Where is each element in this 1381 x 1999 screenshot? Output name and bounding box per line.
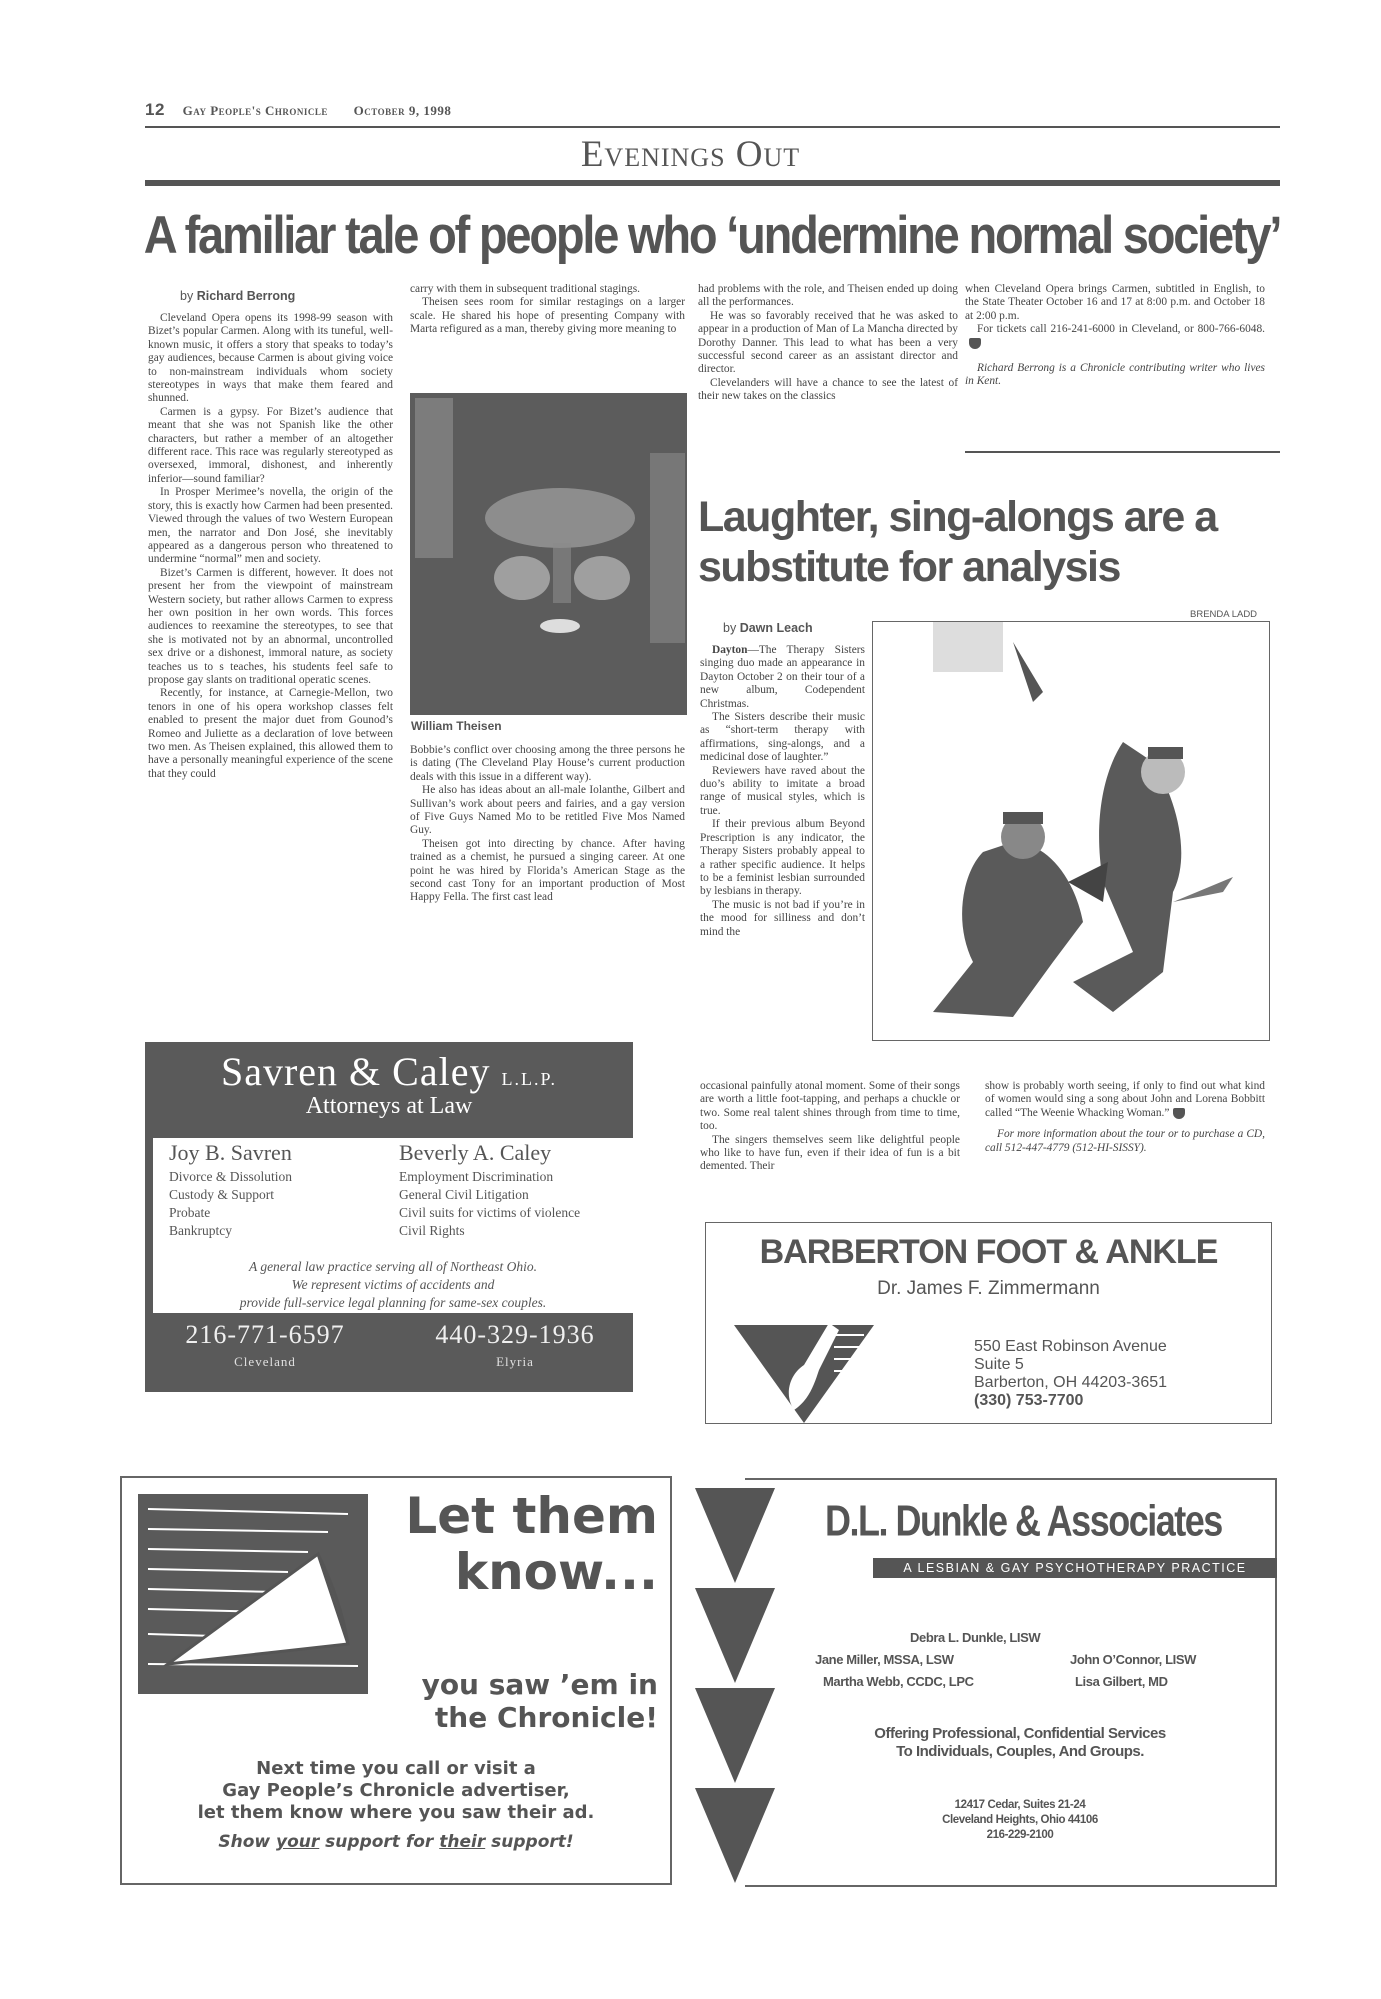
slogan-text: Show <box>218 1832 276 1852</box>
ad-header: Savren & Caley L.L.P. Attorneys at Law <box>145 1042 633 1120</box>
ad-tagline: A general law practice serving all of No… <box>153 1258 633 1312</box>
paragraph: Reviewers have raved about the duo’s abi… <box>700 765 865 819</box>
section-rule <box>145 180 1280 186</box>
address-line: 550 East Robinson Avenue <box>974 1338 1167 1356</box>
paragraph: The singers themselves seem like delight… <box>700 1134 960 1174</box>
issue-date: October 9, 1998 <box>354 103 452 118</box>
practice-area: Probate <box>169 1204 292 1222</box>
dateline: Dayton <box>712 644 747 656</box>
page-number: 12 <box>145 100 165 119</box>
paragraph: Bizet’s Carmen is different, however. It… <box>148 567 393 688</box>
author-bio: Richard Berrong is a Chronicle contribut… <box>965 362 1265 389</box>
staff-member: John O’Connor, LISW <box>1070 1652 1196 1667</box>
city-elyria: Elyria <box>405 1354 625 1370</box>
attorney-left: Joy B. Savren Divorce & Dissolution Cust… <box>169 1144 292 1240</box>
byline-author: Dawn Leach <box>740 621 813 635</box>
ticket-info: For tickets call 216-241-6000 in Clevela… <box>977 323 1265 335</box>
article1-headline: A familiar tale of people who ‘undermine… <box>142 204 1282 266</box>
offer-line: Offering Professional, Confidential Serv… <box>805 1725 1235 1743</box>
attorney-name: Joy B. Savren <box>169 1144 292 1162</box>
headline-line: know... <box>405 1544 658 1600</box>
ad-message: Next time you call or visit a Gay People… <box>122 1758 670 1824</box>
staff-lead: Debra L. Dunkle, LISW <box>910 1630 1040 1645</box>
practice-area: Employment Discrimination <box>399 1168 580 1186</box>
tagline-line: A general law practice serving all of No… <box>153 1258 633 1276</box>
address-line: Suite 5 <box>974 1356 1167 1374</box>
slogan-text: support! <box>485 1832 573 1852</box>
byline-prefix: by <box>180 289 193 303</box>
headline-line: Let them <box>405 1488 658 1544</box>
performers-image <box>873 622 1269 1040</box>
photo-william-theisen <box>410 393 687 715</box>
practice-area: Bankruptcy <box>169 1222 292 1240</box>
paragraph: Recently, for instance, at Carnegie-Mell… <box>148 687 393 781</box>
phone-elyria: 440-329-1936 <box>405 1320 625 1350</box>
address-block: 12417 Cedar, Suites 21-24 Cleveland Heig… <box>805 1798 1235 1843</box>
headline-line: substitute for analysis <box>698 542 1278 592</box>
address-line: Cleveland Heights, Ohio 44106 <box>805 1813 1235 1828</box>
paragraph: when Cleveland Opera brings Carmen, subt… <box>965 283 1265 323</box>
paragraph: The music is not bad if you’re in the mo… <box>700 899 865 939</box>
article2-byline: by Dawn Leach <box>723 621 813 635</box>
photo-credit: BRENDA LADD <box>1190 609 1257 620</box>
subheadline-line: the Chronicle! <box>422 1701 658 1734</box>
column-rule <box>965 451 1280 453</box>
end-mark-icon <box>1173 1108 1185 1119</box>
ad-headline: Let them know... <box>405 1488 658 1600</box>
ad-barberton-foot-ankle: BARBERTON FOOT & ANKLE Dr. James F. Zimm… <box>705 1222 1272 1424</box>
attorney-name: Beverly A. Caley <box>399 1144 580 1162</box>
doctor-name: Dr. James F. Zimmermann <box>706 1278 1271 1300</box>
end-mark-icon <box>969 338 981 349</box>
article1-byline: by Richard Berrong <box>180 289 295 303</box>
services-offer: Offering Professional, Confidential Serv… <box>805 1725 1235 1761</box>
article1-column-1: Cleveland Opera opens its 1998-99 season… <box>148 312 393 781</box>
firm-name: Savren & Caley L.L.P. <box>145 1042 633 1095</box>
address-block: 550 East Robinson Avenue Suite 5 Barbert… <box>974 1338 1167 1410</box>
ad-title: BARBERTON FOOT & ANKLE <box>706 1233 1271 1272</box>
paragraph: Theisen got into directing by chance. Af… <box>410 838 685 905</box>
paragraph: Carmen is a gypsy. For Bizet’s audience … <box>148 406 393 486</box>
ad-tagline-bar: A LESBIAN & GAY PSYCHOTHERAPY PRACTICE <box>873 1558 1277 1578</box>
paragraph: carry with them in subsequent traditiona… <box>410 283 685 296</box>
address-line: Barberton, OH 44203-3651 <box>974 1374 1167 1392</box>
headline-line: Laughter, sing-alongs are a <box>698 492 1278 542</box>
practice-area: General Civil Litigation <box>399 1186 580 1204</box>
offer-line: To Individuals, Couples, And Groups. <box>805 1743 1235 1761</box>
photo-therapy-sisters <box>872 621 1270 1041</box>
paragraph: show is probably worth seeing, if only t… <box>985 1080 1265 1120</box>
message-line: let them know where you saw their ad. <box>122 1802 670 1824</box>
byline-prefix: by <box>723 621 736 635</box>
article2-column-1-wide: occasional painfully atonal moment. Some… <box>700 1080 960 1174</box>
ad-subheadline: you saw ’em in the Chronicle! <box>422 1668 658 1734</box>
phone-number: 216-229-2100 <box>805 1828 1235 1843</box>
paragraph: Bobbie’s conflict over choosing among th… <box>410 744 685 784</box>
subheadline-line: you saw ’em in <box>422 1668 658 1701</box>
paragraph: occasional painfully atonal moment. Some… <box>700 1080 960 1134</box>
info-note: For more information about the tour or t… <box>985 1128 1265 1155</box>
staff-member: Martha Webb, CCDC, LPC <box>823 1674 974 1689</box>
ad-body: Joy B. Savren Divorce & Dissolution Cust… <box>153 1138 633 1313</box>
masthead-rule <box>145 126 1280 128</box>
phone-number: (330) 753-7700 <box>974 1392 1167 1410</box>
article1-column-2-bottom: Bobbie’s conflict over choosing among th… <box>410 744 685 905</box>
paragraph: Cleveland Opera opens its 1998-99 season… <box>148 312 393 406</box>
article2-column-2: show is probably worth seeing, if only t… <box>985 1080 1265 1155</box>
phone-cleveland: 216-771-6597 <box>155 1320 375 1350</box>
firm-suffix: L.L.P. <box>501 1069 557 1089</box>
slogan-text: support for <box>319 1832 439 1852</box>
practice-area: Civil suits for victims of violence <box>399 1204 580 1222</box>
paragraph: had problems with the role, and Theisen … <box>698 283 958 310</box>
paragraph: He was so favorably received that he was… <box>698 310 958 377</box>
city-cleveland: Cleveland <box>155 1354 375 1370</box>
paragraph: Clevelanders will have a chance to see t… <box>698 377 958 404</box>
paragraph: In Prosper Merimee’s novella, the origin… <box>148 486 393 566</box>
closing-text: show is probably worth seeing, if only t… <box>985 1080 1265 1119</box>
paragraph: The Sisters describe their music as “sho… <box>700 711 865 765</box>
tagline-line: provide full-service legal planning for … <box>153 1294 633 1312</box>
paragraph: Dayton—The Therapy Sisters singing duo m… <box>700 644 865 711</box>
staff-member: Lisa Gilbert, MD <box>1075 1674 1168 1689</box>
section-title: Evenings Out <box>0 133 1381 176</box>
article2-column-1: Dayton—The Therapy Sisters singing duo m… <box>700 644 865 939</box>
slogan-emphasis: your <box>276 1832 319 1852</box>
ad-savren-caley: Savren & Caley L.L.P. Attorneys at Law J… <box>145 1042 633 1392</box>
article1-column-4: when Cleveland Opera brings Carmen, subt… <box>965 283 1265 389</box>
slogan-emphasis: their <box>439 1832 485 1852</box>
practice-area: Civil Rights <box>399 1222 580 1240</box>
staff-member: Jane Miller, MSSA, LSW <box>815 1652 954 1667</box>
paragraph: For tickets call 216-241-6000 in Clevela… <box>965 323 1265 350</box>
article1-column-2-top: carry with them in subsequent traditiona… <box>410 283 685 337</box>
ad-dunkle-associates: D.L. Dunkle & Associates A LESBIAN & GAY… <box>745 1478 1277 1887</box>
ad-let-them-know: Let them know... you saw ’em in the Chro… <box>120 1476 672 1885</box>
paragraph: He also has ideas about an all-male Iola… <box>410 784 685 838</box>
practice-area: Custody & Support <box>169 1186 292 1204</box>
firm-title: Savren & Caley <box>221 1049 491 1094</box>
address-line: 12417 Cedar, Suites 21-24 <box>805 1798 1235 1813</box>
ad-title: D.L. Dunkle & Associates <box>825 1496 1222 1546</box>
masthead: 12 Gay People's Chronicle October 9, 199… <box>145 100 473 120</box>
paragraph: Theisen sees room for similar restagings… <box>410 296 685 336</box>
article2-headline: Laughter, sing-alongs are a substitute f… <box>698 492 1278 592</box>
publication-name: Gay People's Chronicle <box>183 103 328 118</box>
winged-foot-icon <box>734 1315 874 1425</box>
ad-slogan: Show your support for their support! <box>122 1832 670 1852</box>
message-line: Gay People’s Chronicle advertiser, <box>122 1780 670 1802</box>
byline-author: Richard Berrong <box>197 289 296 303</box>
photo-caption: William Theisen <box>411 719 502 733</box>
paragraph: If their previous album Beyond Prescript… <box>700 818 865 898</box>
attorney-right: Beverly A. Caley Employment Discriminati… <box>399 1144 580 1240</box>
message-line: Next time you call or visit a <box>122 1758 670 1780</box>
megaphone-icon <box>128 1484 378 1694</box>
article1-column-3: had problems with the role, and Theisen … <box>698 283 958 404</box>
portrait-image <box>410 393 687 715</box>
firm-subtitle: Attorneys at Law <box>145 1093 633 1120</box>
tagline-line: We represent victims of accidents and <box>153 1276 633 1294</box>
practice-area: Divorce & Dissolution <box>169 1168 292 1186</box>
